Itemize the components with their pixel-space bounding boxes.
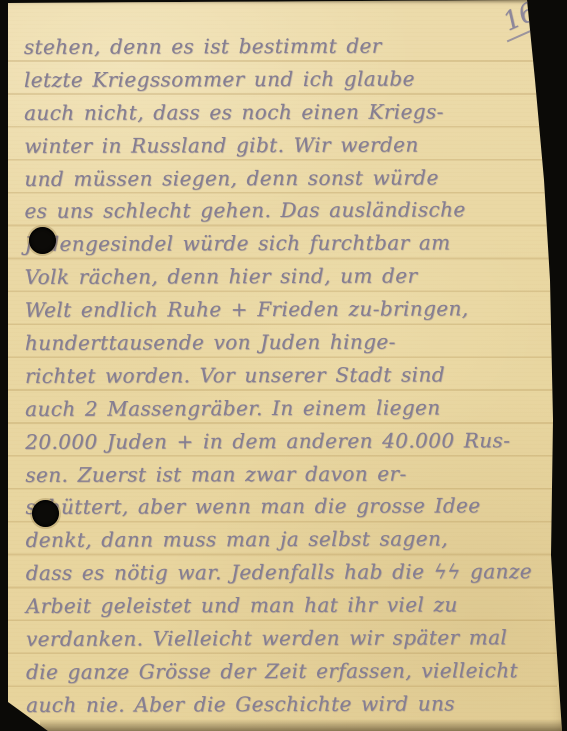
handwritten-line: die ganze Grösse der Zeit erfassen, viel… [26,654,548,689]
handwritten-line: richtet worden. Vor unserer Stadt sind [25,358,547,393]
handwritten-line: Arbeit geleistet und man hat ihr viel zu [26,588,548,623]
handwritten-line: auch 2 Massengräber. In einem liegen [25,391,547,426]
handwritten-line: denkt, dann muss man ja selbst sagen, [26,522,548,557]
handwritten-line: 20.000 Juden + in dem anderen 40.000 Rus… [25,424,547,459]
handwritten-line: sen. Zuerst ist man zwar davon er- [25,457,547,492]
handwritten-line: es uns schlecht gehen. Das ausländische [24,194,546,229]
punch-hole-bottom [32,500,59,527]
handwritten-line: letzte Kriegssommer und ich glaube [24,62,546,97]
bottom-edge-shadow [40,719,567,731]
handwritten-line: dass es nötig war. Jedenfalls hab die ϟϟ… [26,555,548,590]
scanned-letter-page: 16 stehen, denn es ist bestimmt derletzt… [0,0,567,731]
handwritten-line: stehen, denn es ist bestimmt der [24,29,546,64]
handwritten-line: winter in Russland gibt. Wir werden [24,128,546,163]
handwritten-text-block: stehen, denn es ist bestimmt derletzte K… [24,29,548,722]
handwritten-line: hunderttausende von Juden hinge- [25,325,547,360]
handwritten-line: Judengesindel würde sich furchtbar am [24,226,546,261]
handwritten-line: schüttert, aber wenn man die grosse Idee [25,490,547,525]
top-edge-shadow [0,0,567,4]
handwritten-line: verdanken. Vielleicht werden wir später … [26,621,548,656]
letter-paper: 16 stehen, denn es ist bestimmt derletzt… [0,0,567,731]
handwritten-line: Volk rächen, denn hier sind, um der [25,259,547,294]
handwritten-line: auch nie. Aber die Geschichte wird uns [26,687,548,722]
handwritten-line: und müssen siegen, denn sonst würde [24,161,546,196]
punch-hole-top [29,227,56,254]
handwritten-line: auch nicht, dass es noch einen Kriegs- [24,95,546,130]
handwritten-line: Welt endlich Ruhe + Frieden zu-bringen, [25,292,547,327]
